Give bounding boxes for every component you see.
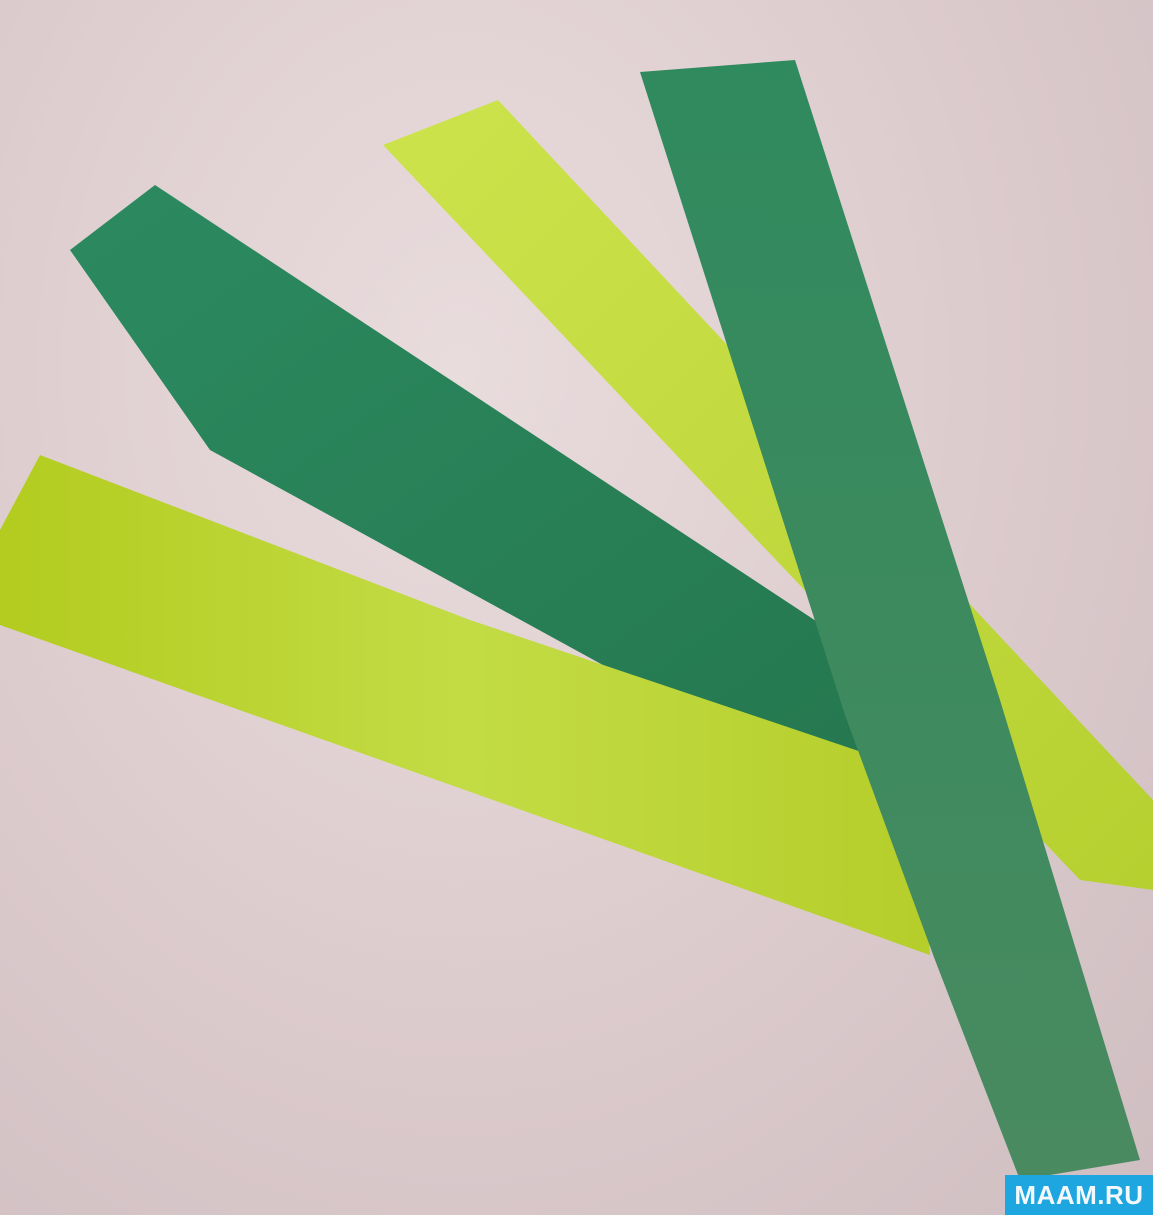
watermark: MAAM.RU (1005, 1175, 1153, 1215)
photo-scene (0, 0, 1153, 1215)
